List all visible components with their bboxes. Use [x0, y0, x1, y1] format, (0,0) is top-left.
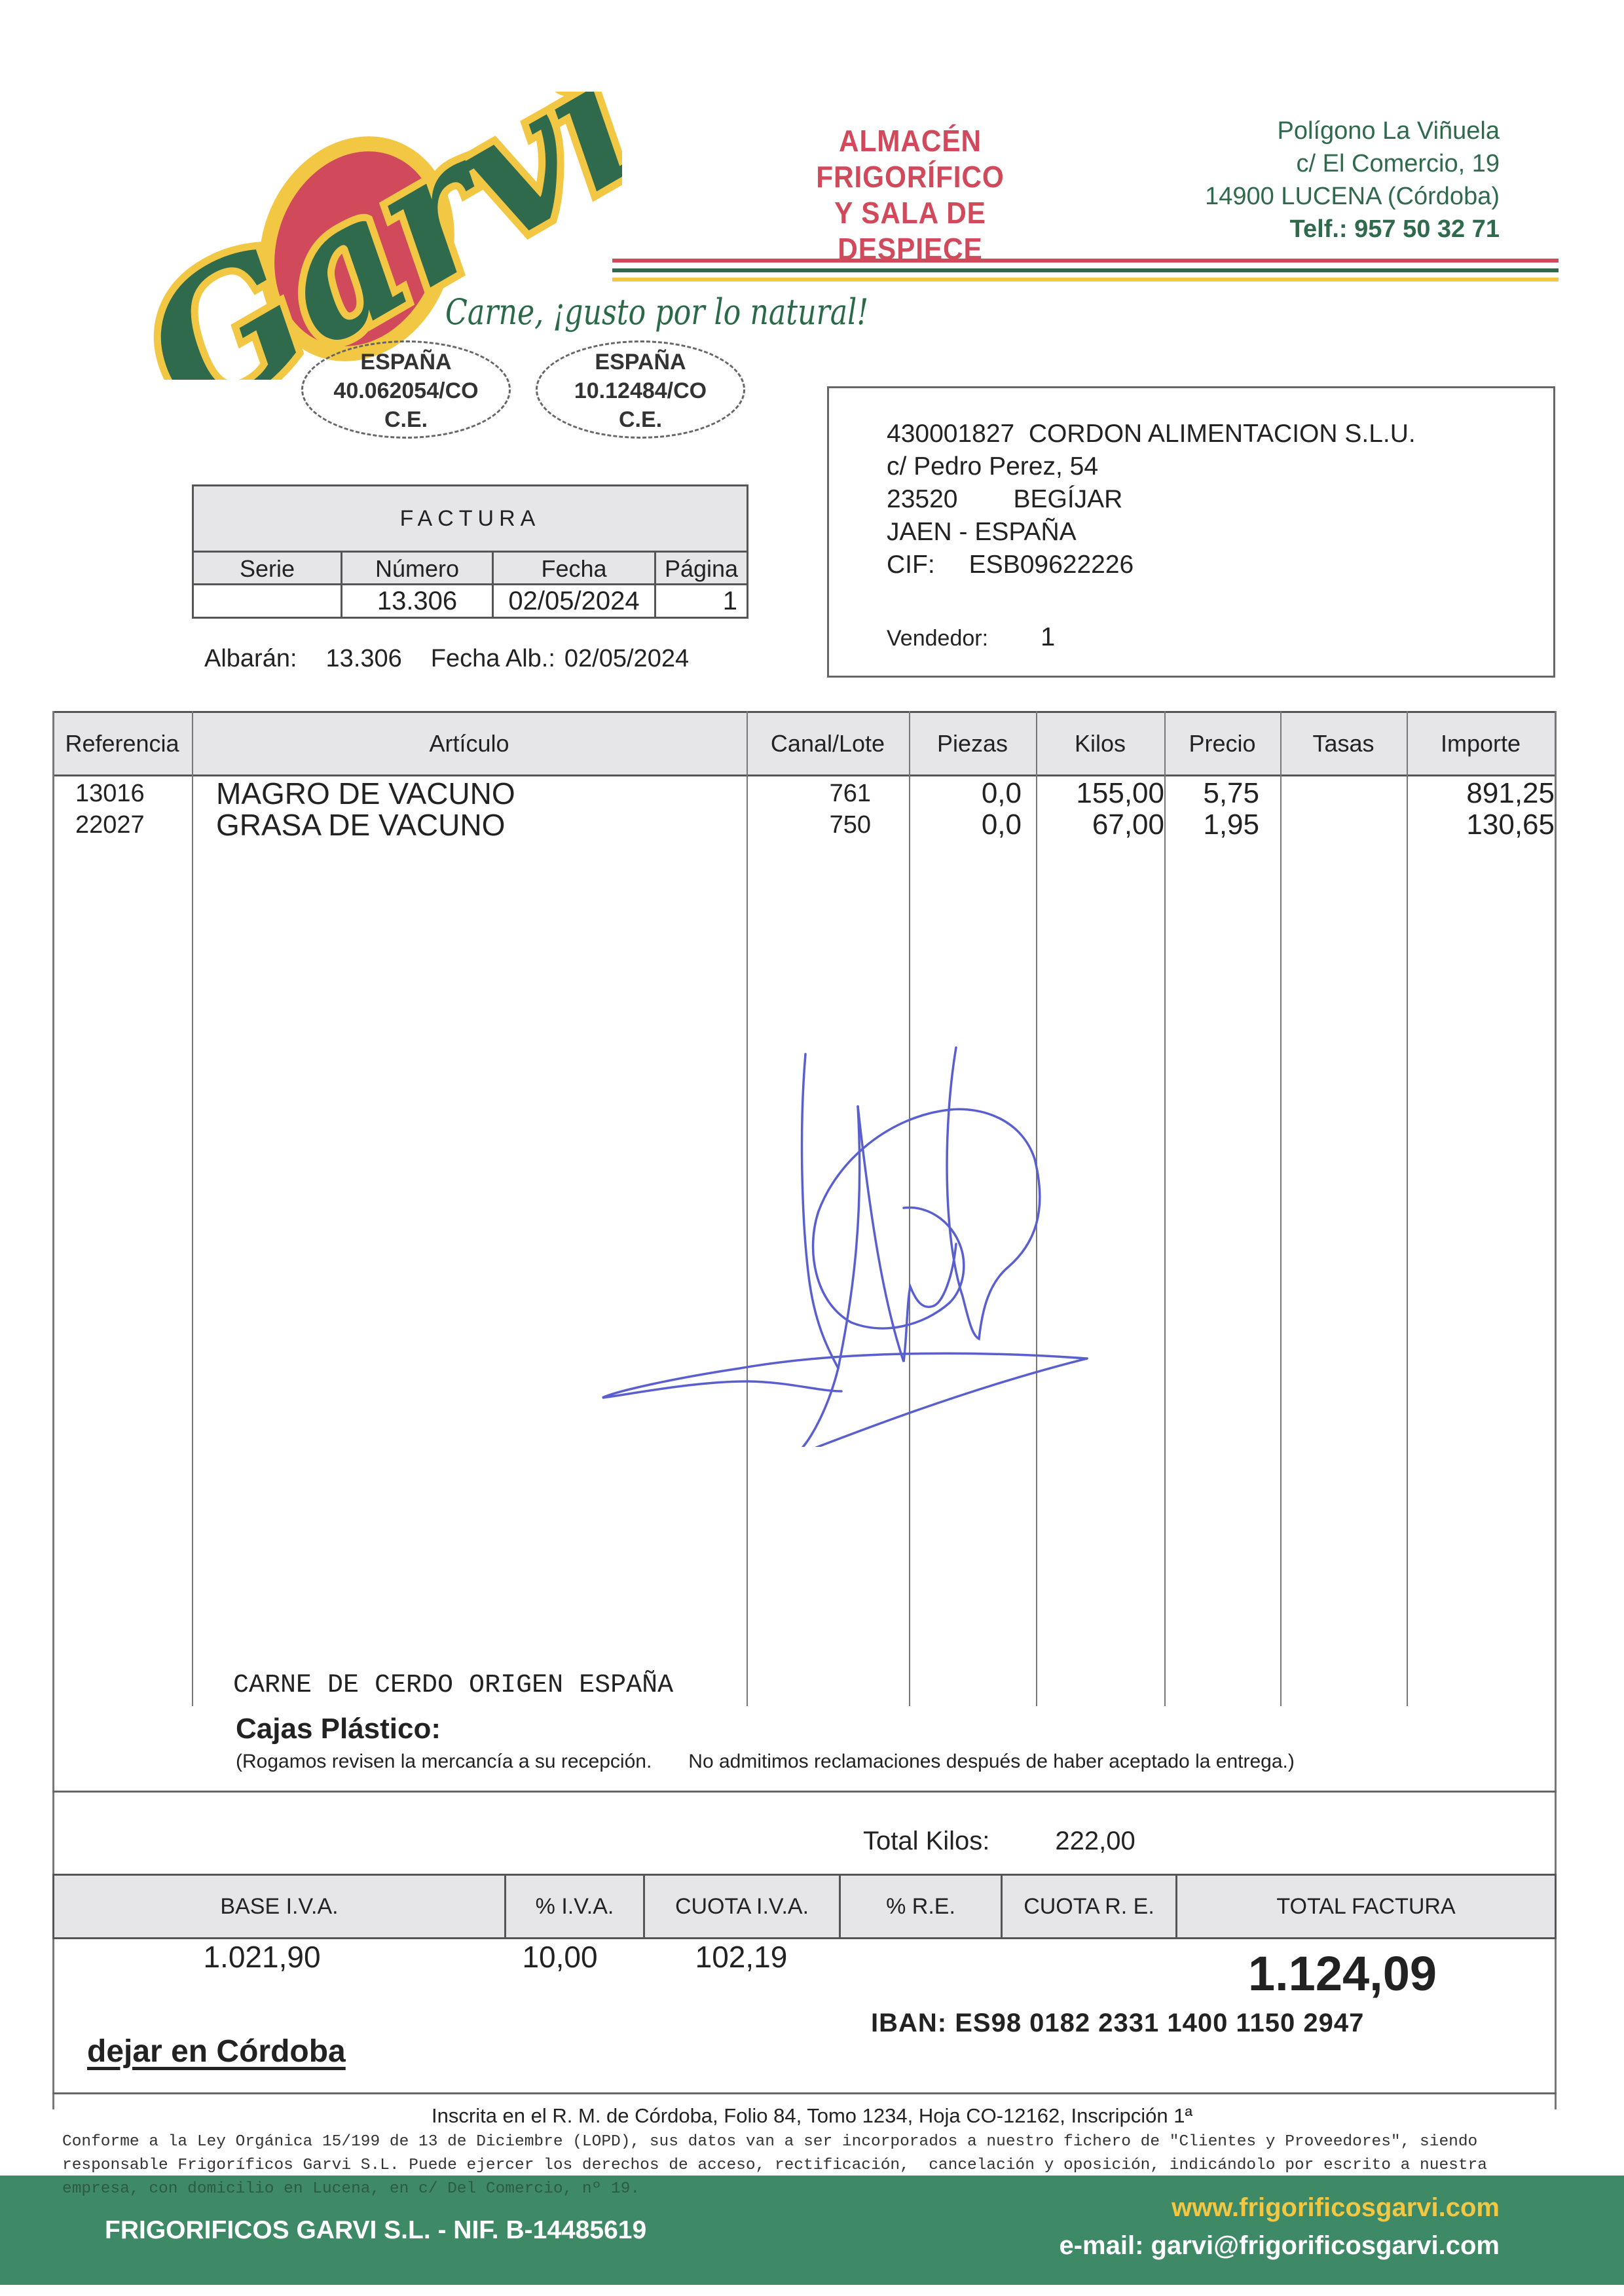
row-kilos: 155,00: [1036, 778, 1164, 809]
row-kilos: 67,00: [1036, 809, 1164, 841]
row-lote: 750: [747, 809, 871, 841]
stripe-red: [612, 259, 1559, 263]
notice-2: No admitimos reclamaciones después de ha…: [688, 1751, 1295, 1772]
col-pct-re: % R.E.: [841, 1876, 1003, 1937]
row-piezas: 0,0: [909, 809, 1022, 841]
notice-1: (Rogamos revisen la mercancía a su recep…: [236, 1751, 652, 1772]
address-line-3: 14900 LUCENA (Córdoba): [1205, 180, 1500, 213]
stamp-code: 40.062054/CO: [303, 376, 509, 405]
col-tasas: Tasas: [1280, 711, 1407, 776]
col-base-iva: BASE I.V.A.: [54, 1876, 506, 1937]
col-pct-iva: % I.V.A.: [506, 1876, 645, 1937]
row-lote: 761: [747, 778, 871, 809]
vendedor-value: 1: [1041, 623, 1055, 651]
col-total-factura: TOTAL FACTURA: [1177, 1876, 1555, 1937]
total-kilos-label: Total Kilos:: [863, 1827, 989, 1855]
lopd-notice: Conforme a la Ley Orgánica 15/199 de 13 …: [62, 2130, 1568, 2178]
col-cuota-re: CUOTA R. E.: [1003, 1876, 1177, 1937]
company-activity: ALMACÉN FRIGORÍFICO Y SALA DE DESPIECE: [760, 123, 1061, 267]
tagline: Carne, ¡gusto por lo natural!: [445, 291, 868, 333]
company-phone: Telf.: 957 50 32 71: [1205, 213, 1500, 246]
lopd-line-1: Conforme a la Ley Orgánica 15/199 de 13 …: [62, 2130, 1568, 2154]
lopd-line-3: empresa, con domicilio en Lucena, en c/ …: [62, 2180, 640, 2198]
col-kilos: Kilos: [1036, 711, 1164, 776]
iban: IBAN: ES98 0182 2331 1400 1150 2947: [871, 2009, 1364, 2038]
divider: [52, 1791, 1557, 1793]
cuota-iva-value: 102,19: [643, 1939, 840, 1975]
row-precio: 1,95: [1164, 809, 1259, 841]
header-pagina: Página: [656, 553, 747, 585]
invoice-number: 13.306: [342, 585, 494, 617]
client-cif-line: CIF:ESB09622226: [887, 549, 1553, 581]
stamp-ce: C.E.: [303, 405, 509, 434]
stamp-country: ESPAÑA: [303, 348, 509, 376]
row-articulo: MAGRO DE VACUNO: [216, 778, 515, 809]
origin-note: CARNE DE CERDO ORIGEN ESPAÑA: [233, 1671, 673, 1700]
invoice-header-box: FACTURA Serie Número Fecha Página 13.306…: [192, 484, 748, 619]
stripe-green: [612, 268, 1559, 272]
lopd-line-2: responsable Frigoríficos Garvi S.L. Pued…: [62, 2154, 1568, 2178]
col-importe: Importe: [1407, 711, 1555, 776]
signature: [576, 1028, 1166, 1447]
stamp-code: 10.12484/CO: [538, 376, 743, 405]
company-address: Polígono La Viñuela c/ El Comercio, 19 1…: [1205, 115, 1500, 246]
registry-info: Inscrita en el R. M. de Córdoba, Folio 8…: [0, 2104, 1624, 2128]
email-link[interactable]: e-mail: garvi@frigorificosgarvi.com: [1059, 2231, 1500, 2261]
stripe-yellow: [612, 278, 1559, 282]
logo-text: Garvi: [109, 92, 622, 380]
albaran-label: Albarán:: [204, 645, 297, 672]
albaran-number: 13.306: [326, 645, 402, 672]
pct-iva-value: 10,00: [504, 1939, 616, 1975]
row-importe: 891,25: [1407, 778, 1555, 809]
footer-band: empresa, con domicilio en Lucena, en c/ …: [0, 2176, 1624, 2285]
garvi-logo: Garvi: [98, 92, 622, 380]
invoice-date: 02/05/2024: [494, 585, 656, 617]
row-importe: 130,65: [1407, 809, 1555, 841]
base-iva-value: 1.021,90: [52, 1939, 471, 1975]
header-fecha: Fecha: [494, 553, 656, 585]
vat-table-header: BASE I.V.A. % I.V.A. CUOTA I.V.A. % R.E.…: [52, 1874, 1557, 1939]
albaran-line: Albarán:13.306Fecha Alb.:02/05/2024: [204, 645, 718, 673]
client-city: BEGÍJAR: [1013, 485, 1122, 513]
health-stamp-1: ESPAÑA 40.062054/CO C.E.: [301, 340, 511, 439]
cajas-plastico-label: Cajas Plástico:: [236, 1713, 441, 1745]
client-postal: 23520: [887, 485, 957, 513]
activity-line-1: ALMACÉN FRIGORÍFICO: [760, 123, 1061, 195]
row-ref: 22027: [75, 809, 145, 841]
vendedor-line: Vendedor:1: [887, 621, 1553, 655]
invoice-title: FACTURA: [194, 486, 747, 553]
website-link[interactable]: www.frigorificosgarvi.com: [1172, 2193, 1500, 2223]
col-canal-lote: Canal/Lote: [747, 711, 909, 776]
row-ref: 13016: [75, 778, 145, 809]
client-box: 430001827 CORDON ALIMENTACION S.L.U. c/ …: [827, 386, 1555, 678]
health-stamp-2: ESPAÑA 10.12484/CO C.E.: [536, 340, 745, 439]
col-referencia: Referencia: [52, 711, 192, 776]
invoice-page: 1: [656, 585, 747, 617]
col-cuota-iva: CUOTA I.V.A.: [645, 1876, 841, 1937]
activity-line-2: Y SALA DE DESPIECE: [760, 195, 1061, 267]
fecha-alb-label: Fecha Alb.:: [431, 645, 555, 672]
address-line-2: c/ El Comercio, 19: [1205, 147, 1500, 180]
divider: [52, 2092, 1557, 2094]
total-kilos-value: 222,00: [1055, 1827, 1135, 1855]
invoice-serie: [194, 585, 342, 617]
delivery-note: dejar en Córdoba: [87, 2033, 346, 2069]
reception-notice: (Rogamos revisen la mercancía a su recep…: [236, 1751, 1331, 1773]
cif-label: CIF:: [887, 551, 935, 579]
fecha-alb-value: 02/05/2024: [564, 645, 689, 672]
col-piezas: Piezas: [909, 711, 1036, 776]
address-line-1: Polígono La Viñuela: [1205, 115, 1500, 147]
col-precio: Precio: [1164, 711, 1280, 776]
company-nif: FRIGORIFICOS GARVI S.L. - NIF. B-1448561…: [105, 2216, 646, 2245]
col-articulo: Artículo: [192, 711, 747, 776]
stamp-country: ESPAÑA: [538, 348, 743, 376]
total-kilos: Total Kilos:222,00: [863, 1827, 1135, 1856]
row-articulo: GRASA DE VACUNO: [216, 809, 505, 841]
row-piezas: 0,0: [909, 778, 1022, 809]
vendedor-label: Vendedor:: [887, 626, 988, 651]
client-region: JAEN - ESPAÑA: [887, 516, 1553, 549]
header-numero: Número: [342, 553, 494, 585]
row-precio: 5,75: [1164, 778, 1259, 809]
header-serie: Serie: [194, 553, 342, 585]
client-cif: ESB09622226: [969, 551, 1134, 579]
client-code-name: 430001827 CORDON ALIMENTACION S.L.U.: [887, 418, 1553, 450]
client-city-line: 23520BEGÍJAR: [887, 483, 1553, 516]
stamp-ce: C.E.: [538, 405, 743, 434]
total-factura-value: 1.124,09: [1179, 1946, 1506, 2001]
client-street: c/ Pedro Perez, 54: [887, 450, 1553, 483]
